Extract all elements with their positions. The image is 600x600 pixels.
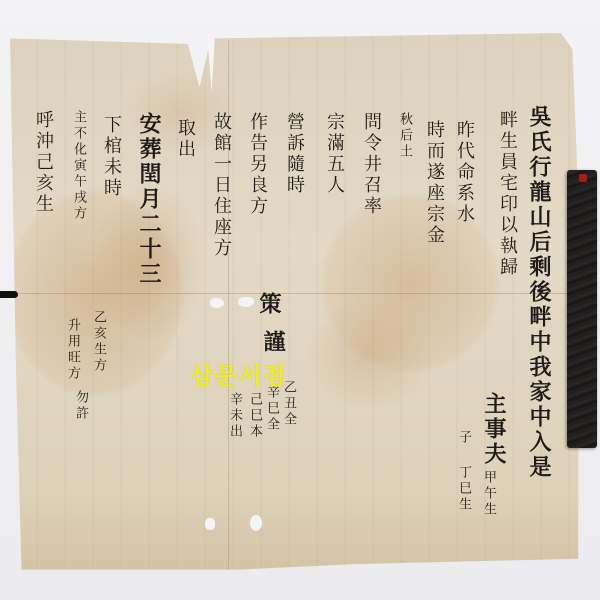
- paper-hole: [210, 298, 224, 308]
- paper-hole: [205, 518, 215, 530]
- name-entry: 辛巳全: [265, 385, 278, 433]
- text-column-6: 問令井召率: [362, 112, 380, 217]
- text-column-13: 下棺未時: [102, 115, 120, 199]
- text-column-1: 吳氏行龍山后剩後畔中我家中入是: [528, 105, 550, 480]
- text-column-4: 時而遂座宗金: [425, 120, 443, 246]
- left-note: 勿許: [74, 390, 87, 422]
- name-entry: 己巳本: [248, 392, 261, 440]
- red-seal-icon: [579, 174, 587, 182]
- text-column-10: 故館一日住座方: [212, 112, 230, 259]
- text-column-9: 作告另良方: [248, 112, 266, 217]
- text-column-12: 安葬閏月二十三: [138, 112, 160, 287]
- text-column-2: 畔生員宅印以執歸: [498, 110, 516, 278]
- son-label: 子: [457, 430, 470, 446]
- name-entry: 辛未出: [228, 392, 241, 440]
- text-column-7: 宗滿五人: [325, 112, 343, 196]
- text-column-5: 秋后土: [398, 112, 411, 160]
- text-column-11: 取出: [176, 118, 194, 160]
- left-note: 升用旺方: [66, 318, 79, 382]
- middle-subheader: 謹: [262, 330, 284, 355]
- watermark-text: 삼문서점: [190, 356, 287, 391]
- son-birth-note: 丁巳生: [457, 465, 470, 513]
- principal-birth-note: 甲午生: [482, 470, 495, 518]
- pen-tip: [0, 291, 18, 298]
- paper-hole: [250, 515, 262, 531]
- principal-signature: 主事夫: [483, 392, 505, 467]
- text-column-3: 昨代命系水: [455, 120, 473, 225]
- text-column-15: 呼沖己亥生: [34, 110, 52, 215]
- ink-stick: [567, 170, 597, 448]
- horizontal-fold-line: [10, 293, 584, 294]
- left-note: 乙亥生方: [92, 310, 105, 374]
- middle-header: 策: [258, 292, 280, 317]
- text-column-8: 營訴隨時: [285, 112, 303, 196]
- text-column-14: 主不化寅午戌方: [72, 110, 85, 222]
